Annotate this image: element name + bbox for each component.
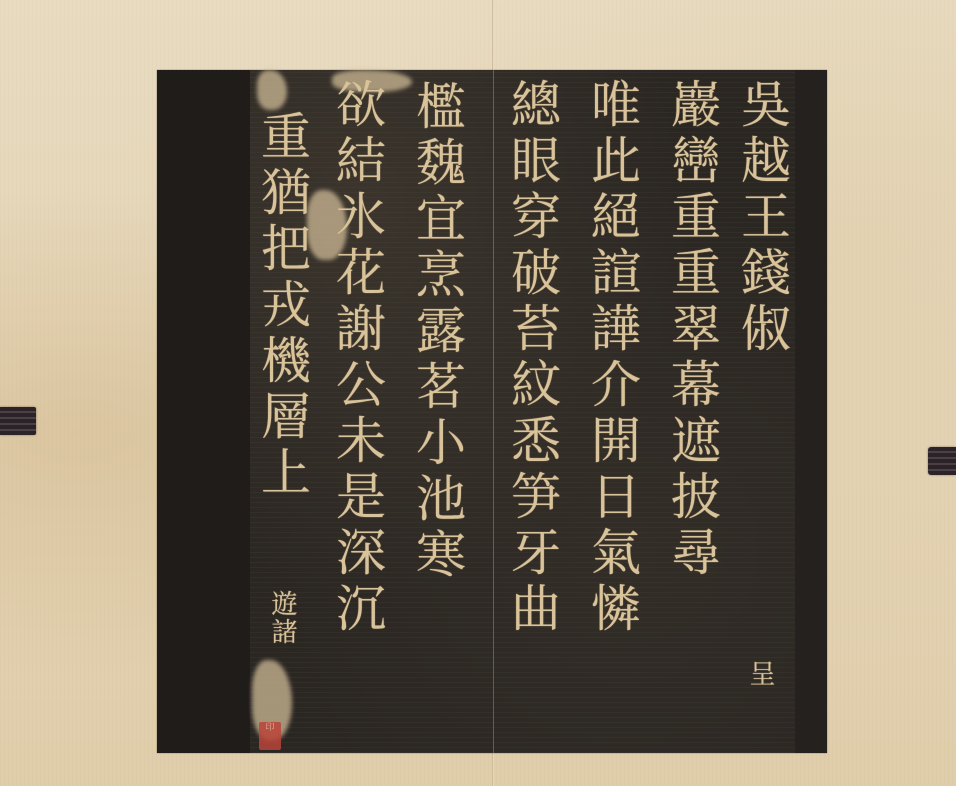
calligraphy-column-4: 總眼穿破苔紋悉笋牙曲 (507, 78, 557, 638)
calligraphy-column-1: 吳越王錢俶 (737, 78, 787, 358)
calligraphy-column-7: 重猶把戎機層上 (257, 110, 307, 502)
calligraphy-column-5: 檻魏宜烹露茗小池寒 (412, 80, 462, 584)
left-album-tab (0, 407, 36, 435)
calligraphy-signature: 遊諸 (269, 590, 295, 646)
calligraphy-column-3: 唯此絕諠譁介開日氣憐 (587, 78, 637, 638)
worn-patch (257, 70, 287, 110)
red-seal-stamp: 印 (259, 722, 281, 750)
rubbing-right-edge (795, 70, 827, 753)
rubbing-seam (493, 70, 494, 753)
small-annotation: 呈 (747, 660, 773, 688)
ink-rubbing: 吳越王錢俶 巖巒重重翠幕遮披尋 唯此絕諠譁介開日氣憐 總眼穿破苔紋悉笋牙曲 檻魏… (157, 70, 827, 753)
right-album-tab (928, 447, 956, 475)
rubbing-left-dark-panel (157, 70, 250, 753)
calligraphy-column-2: 巖巒重重翠幕遮披尋 (667, 78, 717, 582)
calligraphy-column-6: 欲結氷花謝公未是深沉 (332, 78, 382, 638)
